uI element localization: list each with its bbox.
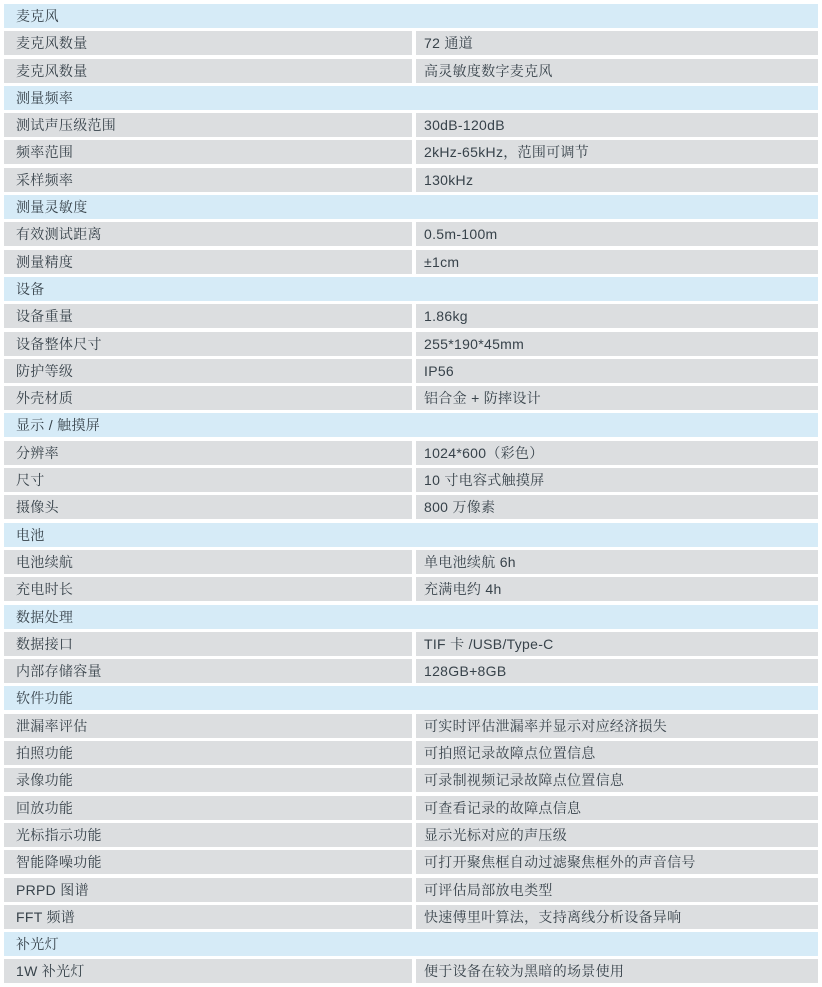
spec-value: 充满电约 4h [416,577,818,601]
spec-value: 130kHz [416,168,818,192]
spec-label: 智能降噪功能 [4,850,412,874]
spec-value: 可录制视频记录故障点位置信息 [416,768,818,792]
spec-label: 回放功能 [4,796,412,820]
table-row: 泄漏率评估可实时评估泄漏率并显示对应经济损失 [4,714,818,738]
section-header: 麦克风 [4,4,818,28]
spec-label: 外壳材质 [4,386,412,410]
table-row: 智能降噪功能可打开聚焦框自动过滤聚焦框外的声音信号 [4,850,818,874]
spec-value: 800 万像素 [416,495,818,519]
spec-label: 摄像头 [4,495,412,519]
section-header: 软件功能 [4,686,818,710]
spec-value: 便于设备在较为黑暗的场景使用 [416,959,818,983]
spec-value: 72 通道 [416,31,818,55]
spec-label: 采样频率 [4,168,412,192]
spec-label: 分辨率 [4,441,412,465]
spec-value: 显示光标对应的声压级 [416,823,818,847]
section-title: 显示 / 触摸屏 [16,415,100,435]
spec-value: 可评估局部放电类型 [416,878,818,902]
section-title: 测量灵敏度 [16,197,88,217]
table-row: 分辨率1024*600（彩色） [4,441,818,465]
section-title: 补光灯 [16,934,59,954]
spec-value: 可实时评估泄漏率并显示对应经济损失 [416,714,818,738]
spec-label: 尺寸 [4,468,412,492]
spec-label: 测量精度 [4,250,412,274]
spec-value: 可查看记录的故障点信息 [416,796,818,820]
spec-label: 设备整体尺寸 [4,332,412,356]
spec-label: 录像功能 [4,768,412,792]
spec-label: 防护等级 [4,359,412,383]
spec-value: 高灵敏度数字麦克风 [416,59,818,83]
table-row: PRPD 图谱可评估局部放电类型 [4,878,818,902]
spec-label: 设备重量 [4,304,412,328]
table-row: 内部存储容量128GB+8GB [4,659,818,683]
spec-value: 30dB-120dB [416,113,818,137]
section-header: 补光灯 [4,932,818,956]
spec-label: 拍照功能 [4,741,412,765]
spec-label: FFT 频谱 [4,905,412,929]
spec-value: TIF 卡 /USB/Type-C [416,632,818,656]
table-row: 尺寸10 寸电容式触摸屏 [4,468,818,492]
table-row: 防护等级IP56 [4,359,818,383]
spec-label: PRPD 图谱 [4,878,412,902]
table-row: 测量精度±1cm [4,250,818,274]
spec-value: 可拍照记录故障点位置信息 [416,741,818,765]
section-title: 数据处理 [16,607,73,627]
table-row: 回放功能可查看记录的故障点信息 [4,796,818,820]
table-row: 录像功能可录制视频记录故障点位置信息 [4,768,818,792]
spec-label: 麦克风数量 [4,31,412,55]
table-row: FFT 频谱快速傅里叶算法，支持离线分析设备异响 [4,905,818,929]
section-title: 麦克风 [16,6,59,26]
spec-label: 数据接口 [4,632,412,656]
section-header: 设备 [4,277,818,301]
section-title: 软件功能 [16,688,73,708]
section-header: 测量灵敏度 [4,195,818,219]
spec-value: 128GB+8GB [416,659,818,683]
section-title: 测量频率 [16,88,73,108]
table-row: 频率范围2kHz-65kHz，范围可调节 [4,140,818,164]
spec-value: 2kHz-65kHz，范围可调节 [416,140,818,164]
table-row: 1W 补光灯便于设备在较为黑暗的场景使用 [4,959,818,983]
table-row: 光标指示功能显示光标对应的声压级 [4,823,818,847]
table-row: 摄像头800 万像素 [4,495,818,519]
section-title: 电池 [16,525,45,545]
spec-label: 1W 补光灯 [4,959,412,983]
spec-value: 可打开聚焦框自动过滤聚焦框外的声音信号 [416,850,818,874]
section-header: 数据处理 [4,605,818,629]
table-row: 数据接口TIF 卡 /USB/Type-C [4,632,818,656]
spec-label: 频率范围 [4,140,412,164]
spec-value: 10 寸电容式触摸屏 [416,468,818,492]
table-row: 采样频率130kHz [4,168,818,192]
spec-label: 充电时长 [4,577,412,601]
spec-value: 铝合金 + 防摔设计 [416,386,818,410]
table-row: 麦克风数量72 通道 [4,31,818,55]
table-row: 电池续航单电池续航 6h [4,550,818,574]
spec-value: 1.86kg [416,304,818,328]
spec-label: 测试声压级范围 [4,113,412,137]
spec-value: 0.5m-100m [416,222,818,246]
table-row: 外壳材质铝合金 + 防摔设计 [4,386,818,410]
spec-value: ±1cm [416,250,818,274]
section-header: 电池 [4,523,818,547]
spec-value: 1024*600（彩色） [416,441,818,465]
table-row: 设备整体尺寸255*190*45mm [4,332,818,356]
section-header: 测量频率 [4,86,818,110]
spec-table: 麦克风麦克风数量72 通道麦克风数量高灵敏度数字麦克风测量频率测试声压级范围30… [0,0,822,987]
spec-label: 光标指示功能 [4,823,412,847]
table-row: 有效测试距离0.5m-100m [4,222,818,246]
spec-value: 单电池续航 6h [416,550,818,574]
spec-label: 内部存储容量 [4,659,412,683]
table-row: 充电时长充满电约 4h [4,577,818,601]
table-row: 麦克风数量高灵敏度数字麦克风 [4,59,818,83]
spec-label: 电池续航 [4,550,412,574]
spec-label: 有效测试距离 [4,222,412,246]
table-row: 设备重量1.86kg [4,304,818,328]
table-row: 拍照功能可拍照记录故障点位置信息 [4,741,818,765]
spec-label: 麦克风数量 [4,59,412,83]
spec-value: IP56 [416,359,818,383]
spec-label: 泄漏率评估 [4,714,412,738]
spec-value: 快速傅里叶算法，支持离线分析设备异响 [416,905,818,929]
section-title: 设备 [16,279,45,299]
table-row: 测试声压级范围30dB-120dB [4,113,818,137]
section-header: 显示 / 触摸屏 [4,413,818,437]
spec-value: 255*190*45mm [416,332,818,356]
